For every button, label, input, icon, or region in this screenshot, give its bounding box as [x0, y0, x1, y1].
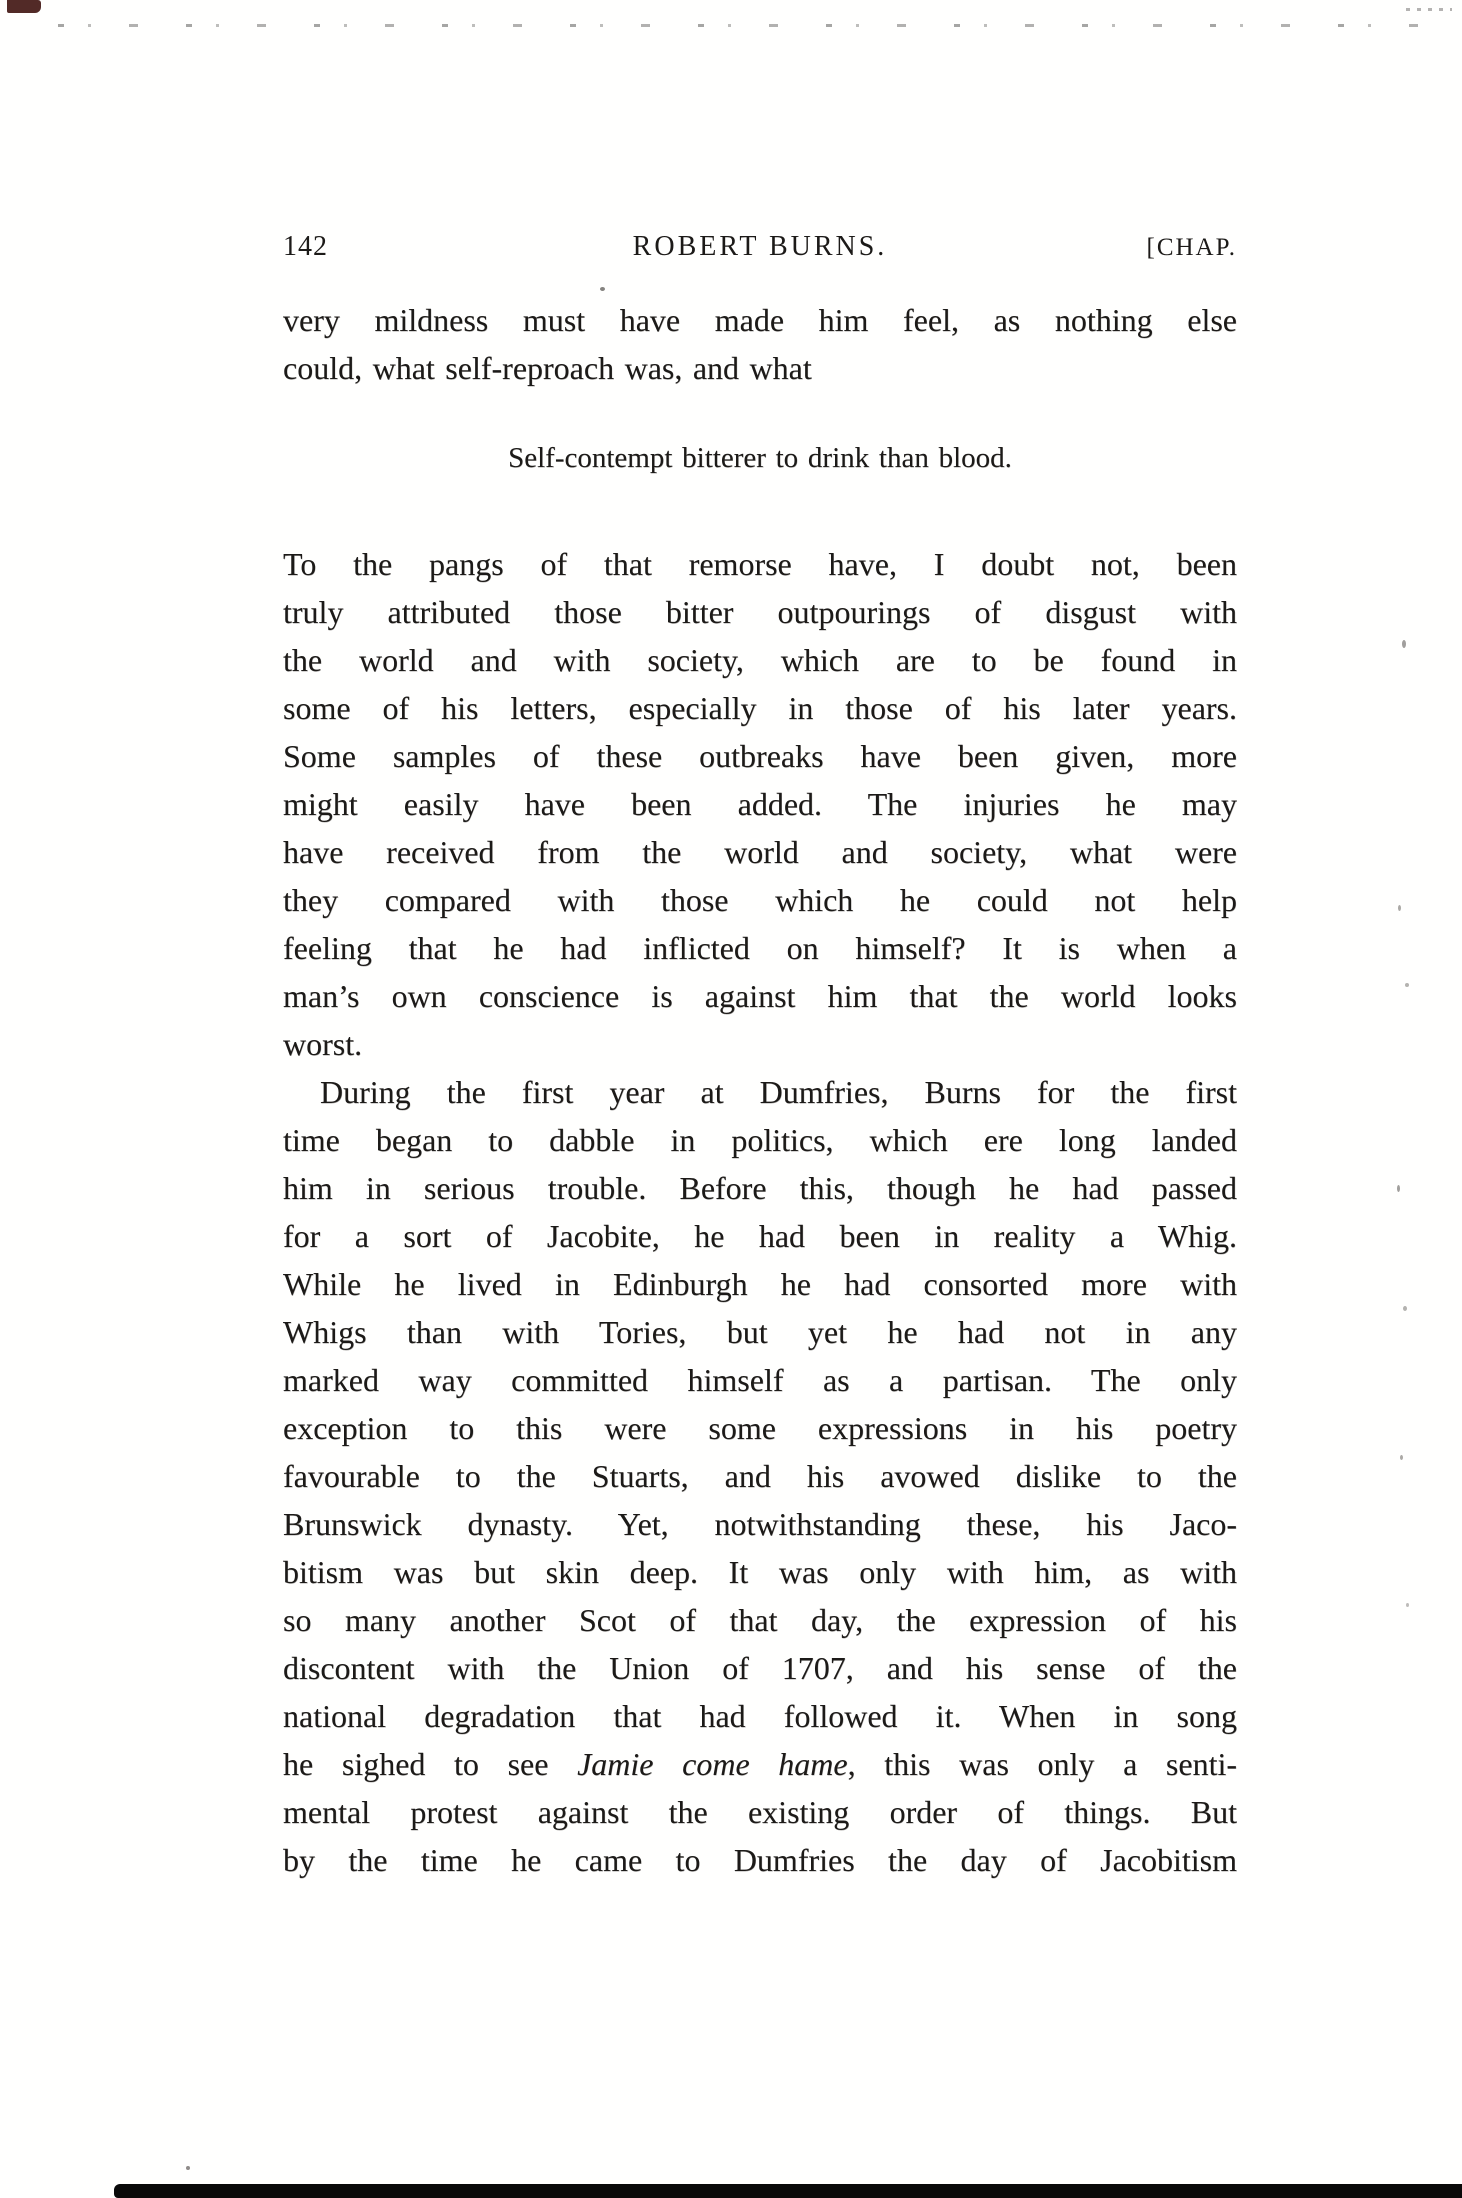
- text-segment: mental protest against the existing orde…: [283, 1794, 1237, 1830]
- text-line: Some samples of these outbreaks have bee…: [283, 732, 1237, 780]
- text-line: could, what self-reproach was, and what: [283, 344, 1237, 392]
- text-line: truly attributed those bitter outpouring…: [283, 588, 1237, 636]
- text-line: by the time he came to Dumfries the day …: [283, 1836, 1237, 1884]
- text-segment: exception to this were some expressions …: [283, 1410, 1237, 1446]
- paragraph-dumfries-politics: During the first year at Dumfries, Burns…: [283, 1068, 1237, 1884]
- text-segment: the world and with society, which are to…: [283, 642, 1237, 678]
- text-segment: man’s own conscience is against him that…: [283, 978, 1237, 1014]
- text-segment: Brunswick dynasty. Yet, notwithstanding …: [283, 1506, 1237, 1542]
- text-line: national degradation that had followed i…: [283, 1692, 1237, 1740]
- scan-speck: [1402, 640, 1406, 648]
- text-segment: him in serious trouble. Before this, tho…: [283, 1170, 1237, 1206]
- chapter-marker: [CHAP.: [1057, 234, 1237, 262]
- running-title: ROBERT BURNS.: [463, 231, 1057, 263]
- text-line: for a sort of Jacobite, he had been in r…: [283, 1212, 1237, 1260]
- italic-phrase: Jamie come hame: [577, 1746, 848, 1782]
- scan-noise-dots-top-right: [1406, 8, 1452, 11]
- scan-bar-bottom: [114, 2184, 1462, 2198]
- text-segment: truly attributed those bitter outpouring…: [283, 594, 1237, 630]
- scan-speck: [1398, 905, 1401, 911]
- text-segment: bitism was but skin deep. It was only wi…: [283, 1554, 1237, 1590]
- text-segment: Whigs than with Tories, but yet he had n…: [283, 1314, 1237, 1350]
- text-line: time began to dabble in politics, which …: [283, 1116, 1237, 1164]
- scan-noise-dotted-line: [58, 24, 1422, 27]
- scan-speck: [1400, 1455, 1403, 1460]
- text-segment: could, what self-reproach was, and what: [283, 350, 812, 386]
- text-line: marked way committed himself as a partis…: [283, 1356, 1237, 1404]
- text-segment: During the first year at Dumfries, Burns…: [320, 1074, 1237, 1110]
- text-line: Whigs than with Tories, but yet he had n…: [283, 1308, 1237, 1356]
- scan-speck: [1397, 1185, 1400, 1192]
- text-line: Brunswick dynasty. Yet, notwithstanding …: [283, 1500, 1237, 1548]
- page-header: 142 ROBERT BURNS. [CHAP.: [283, 231, 1237, 263]
- text-segment: Some samples of these outbreaks have bee…: [283, 738, 1237, 774]
- text-line: discontent with the Union of 1707, and h…: [283, 1644, 1237, 1692]
- text-line: man’s own conscience is against him that…: [283, 972, 1237, 1020]
- text-line: During the first year at Dumfries, Burns…: [283, 1068, 1237, 1116]
- text-segment: national degradation that had followed i…: [283, 1698, 1237, 1734]
- text-line: bitism was but skin deep. It was only wi…: [283, 1548, 1237, 1596]
- text-segment: time began to dabble in politics, which …: [283, 1122, 1237, 1158]
- text-line: mental protest against the existing orde…: [283, 1788, 1237, 1836]
- text-segment: might easily have been added. The injuri…: [283, 786, 1237, 822]
- text-line: favourable to the Stuarts, and his avowe…: [283, 1452, 1237, 1500]
- text-line: he sighed to see Jamie come hame, this w…: [283, 1740, 1237, 1788]
- text-line: might easily have been added. The injuri…: [283, 780, 1237, 828]
- text-segment: some of his letters, especially in those…: [283, 690, 1237, 726]
- text-line: exception to this were some expressions …: [283, 1404, 1237, 1452]
- scan-mark-top-left: [7, 0, 41, 13]
- scan-speck: [600, 287, 605, 291]
- text-segment: worst.: [283, 1026, 362, 1062]
- text-segment: by the time he came to Dumfries the day …: [283, 1842, 1237, 1878]
- text-segment: for a sort of Jacobite, he had been in r…: [283, 1218, 1237, 1254]
- text-line: While he lived in Edinburgh he had conso…: [283, 1260, 1237, 1308]
- text-line: him in serious trouble. Before this, tho…: [283, 1164, 1237, 1212]
- text-segment: so many another Scot of that day, the ex…: [283, 1602, 1237, 1638]
- text-line: To the pangs of that remorse have, I dou…: [283, 540, 1237, 588]
- text-line: some of his letters, especially in those…: [283, 684, 1237, 732]
- verse-quote: Self-contempt bitterer to drink than blo…: [283, 434, 1237, 482]
- text-segment: marked way committed himself as a partis…: [283, 1362, 1237, 1398]
- text-segment: feeling that he had inflicted on himself…: [283, 930, 1237, 966]
- text-segment: favourable to the Stuarts, and his avowe…: [283, 1458, 1237, 1494]
- page-body: very mildness must have made him feel, a…: [283, 296, 1237, 1884]
- text-line: they compared with those which he could …: [283, 876, 1237, 924]
- text-line: the world and with society, which are to…: [283, 636, 1237, 684]
- scan-speck: [1405, 983, 1409, 987]
- text-line: feeling that he had inflicted on himself…: [283, 924, 1237, 972]
- text-line: so many another Scot of that day, the ex…: [283, 1596, 1237, 1644]
- scan-speck: [1406, 1603, 1409, 1607]
- text-segment: discontent with the Union of 1707, and h…: [283, 1650, 1237, 1686]
- text-line: have received from the world and society…: [283, 828, 1237, 876]
- text-segment: have received from the world and society…: [283, 834, 1237, 870]
- text-segment: he sighed to see: [283, 1746, 577, 1782]
- paragraph-remorse: To the pangs of that remorse have, I dou…: [283, 540, 1237, 1068]
- text-segment: very mildness must have made him feel, a…: [283, 302, 1237, 338]
- text-segment: they compared with those which he could …: [283, 882, 1237, 918]
- book-page: 142 ROBERT BURNS. [CHAP. very mildness m…: [0, 0, 1462, 2198]
- text-line: very mildness must have made him feel, a…: [283, 296, 1237, 344]
- paragraph-continuation: very mildness must have made him feel, a…: [283, 296, 1237, 392]
- text-line: worst.: [283, 1020, 1237, 1068]
- page-number: 142: [283, 231, 463, 263]
- scan-speck: [186, 2166, 190, 2170]
- text-segment: To the pangs of that remorse have, I dou…: [283, 546, 1237, 582]
- text-segment: , this was only a senti-: [848, 1746, 1237, 1782]
- text-segment: While he lived in Edinburgh he had conso…: [283, 1266, 1237, 1302]
- scan-speck: [1403, 1306, 1407, 1311]
